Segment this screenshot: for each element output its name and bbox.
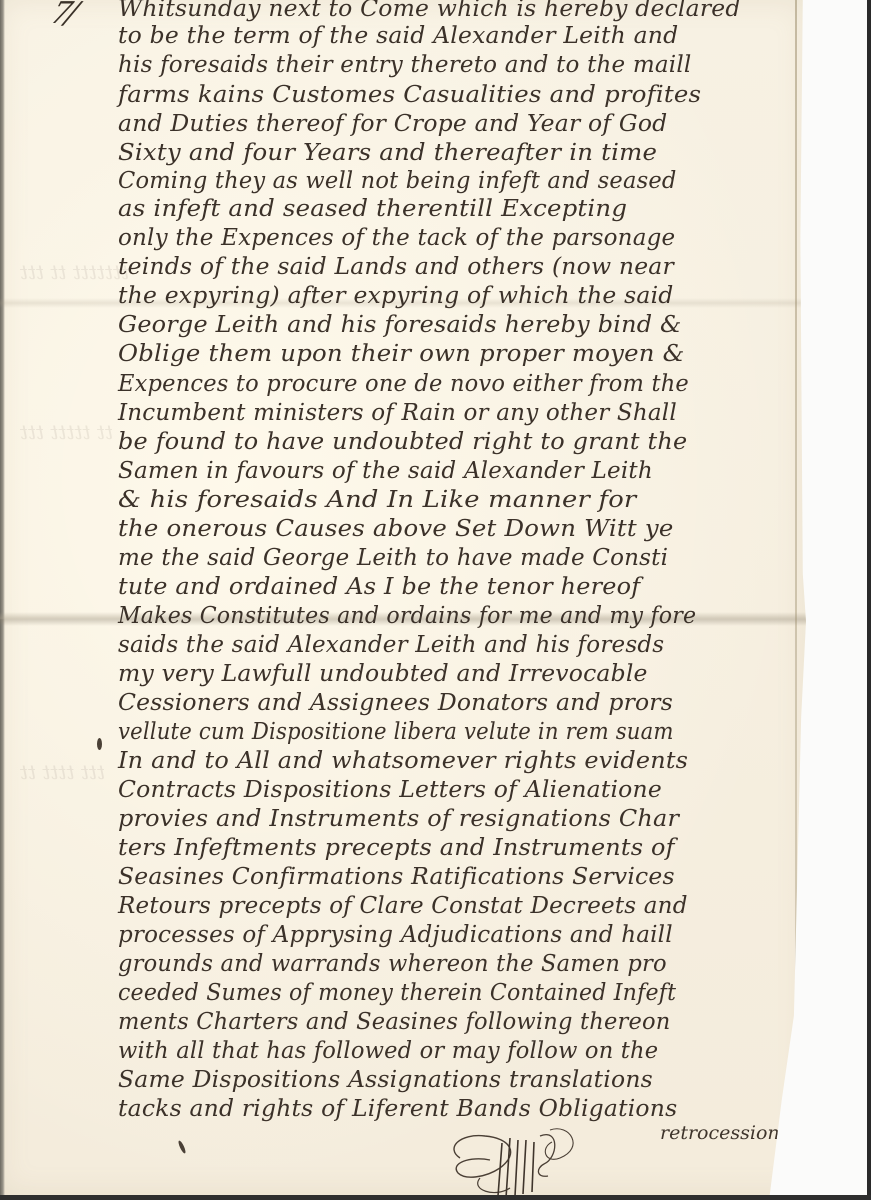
text-line: Sixty and four Years and thereafter in t…: [118, 140, 657, 166]
text-line: & his foresaids And In Like manner for: [118, 487, 636, 513]
text-line: Same Dispositions Assignations translati…: [118, 1067, 653, 1093]
text-line: the expyring) after expyring of which th…: [118, 283, 674, 309]
bleed-through-text: tt ttttt ttt: [20, 420, 113, 444]
text-line: ments Charters and Seasines following th…: [118, 1009, 670, 1035]
scan-border-right: [867, 0, 871, 1200]
text-line: as infeft and seased therentill Exceptin…: [118, 196, 627, 222]
manuscript-page: ttttttt tt ttt tt ttttt ttt ttt tttt tt …: [0, 0, 806, 1195]
text-line: Whitsunday next to Come which is hereby …: [118, 0, 741, 22]
text-line: Seasines Confirmations Ratifications Ser…: [118, 864, 675, 890]
text-line: farms kains Customes Casualities and pro…: [118, 82, 701, 108]
signature: [440, 1118, 610, 1200]
text-line: Samen in favours of the said Alexander L…: [118, 458, 653, 484]
text-line: Retours precepts of Clare Constat Decree…: [118, 893, 688, 919]
text-line: processes of Apprysing Adjudications and…: [118, 922, 673, 948]
ink-mark: [177, 1140, 187, 1154]
text-line: saids the said Alexander Leith and his f…: [118, 632, 664, 658]
text-line: Expences to procure one de novo either f…: [118, 371, 689, 397]
text-line: and Duties thereof for Crope and Year of…: [118, 111, 667, 137]
text-line: teinds of the said Lands and others (now…: [118, 254, 674, 280]
text-line: me the said George Leith to have made Co…: [118, 545, 668, 571]
text-line: In and to All and whatsomever rights evi…: [118, 748, 688, 774]
page-marker: 7/: [46, 0, 79, 31]
text-line: Oblige them upon their own proper moyen …: [118, 341, 685, 367]
text-line: grounds and warrands whereon the Samen p…: [118, 951, 667, 977]
text-line: his foresaids their entry thereto and to…: [118, 52, 691, 78]
text-line: ceeded Sumes of money therein Contained …: [118, 980, 676, 1006]
scan-border-bottom: [0, 1195, 871, 1200]
ink-mark: [97, 738, 102, 750]
text-line: vellute cum Dispositione libera velute i…: [118, 719, 674, 745]
text-line: ters Infeftments precepts and Instrument…: [118, 835, 675, 861]
text-line: only the Expences of the tack of the par…: [118, 225, 675, 251]
text-line: be found to have undoubted right to gran…: [118, 429, 687, 455]
text-line: Incumbent ministers of Rain or any other…: [118, 400, 677, 426]
bleed-through-text: ttt tttt tt: [20, 760, 105, 784]
text-line: provies and Instruments of resignations …: [118, 806, 679, 832]
text-line: Makes Constitutes and ordains for me and…: [118, 603, 696, 629]
page-left-edge: [0, 0, 5, 1195]
text-line: Coming they as well not being infeft and…: [118, 168, 677, 194]
text-line: George Leith and his foresaids hereby bi…: [118, 312, 682, 338]
text-line: the onerous Causes above Set Down Witt y…: [118, 516, 674, 542]
text-line: with all that has followed or may follow…: [118, 1038, 658, 1064]
bleed-through-text: ttttttt tt ttt: [20, 260, 129, 284]
page-right-edge: [795, 0, 797, 1100]
text-line: to be the term of the said Alexander Lei…: [118, 23, 678, 49]
text-line: Cessioners and Assignees Donators and pr…: [118, 690, 673, 716]
text-line: tute and ordained As I be the tenor here…: [118, 574, 640, 600]
text-line: my very Lawfull undoubted and Irrevocabl…: [118, 661, 648, 687]
catchword: retrocessions: [660, 1122, 789, 1144]
text-line: Contracts Dispositions Letters of Aliena…: [118, 777, 662, 803]
